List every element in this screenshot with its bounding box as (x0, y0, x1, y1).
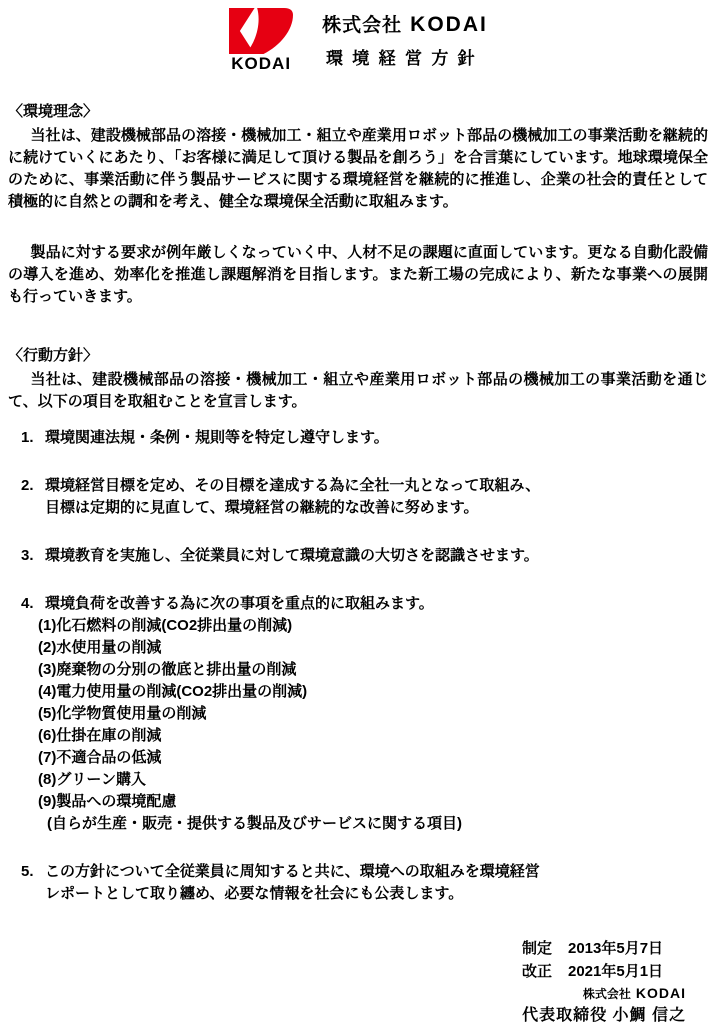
focus-subitem-list: (1)化石燃料の削減(CO2排出量の削減) (2)水使用量の削減 (3)廃棄物の… (38, 615, 708, 835)
policy-item-3: 3. 環境教育を実施し、全従業員に対して環境意識の大切さを認識させます。 (8, 545, 708, 567)
item-number: 3. (21, 545, 45, 567)
item-text-line: 目標は定期的に見直して、環境経営の継続的な改善に努めます。 (45, 497, 708, 519)
section-heading-policy: 〈行動方針〉 (8, 345, 708, 367)
document-page: KODAI 株式会社KODAI 環境経営方針 〈環境理念〉 当社は、建設機械部品… (0, 0, 716, 1027)
page-title: 環境経営方針 (322, 48, 488, 70)
item-number: 1. (21, 427, 45, 449)
policy-intro: 当社は、建設機械部品の溶接・機械加工・組立や産業用ロボット部品の機械加工の事業活… (8, 369, 708, 413)
footer-company-line: 株式会社KODAI (8, 983, 686, 1004)
focus-subitem: (8)グリーン購入 (38, 769, 708, 791)
philosophy-paragraph-2: 製品に対する要求が例年厳しくなっていく中、人材不足の課題に直面しています。更なる… (8, 242, 708, 308)
item-text: 環境教育を実施し、全従業員に対して環境意識の大切さを認識させます。 (45, 545, 708, 567)
item-number: 2. (21, 475, 45, 519)
company-name-line: 株式会社KODAI (322, 13, 488, 38)
logo-wordmark: KODAI (228, 55, 294, 73)
representative-line: 代表取締役 小鯛 信之 (8, 1004, 686, 1027)
item-text-line: レポートとして取り纏め、必要な情報を社会にも公表します。 (45, 883, 708, 905)
company-logo: KODAI (228, 8, 294, 73)
document-header: KODAI 株式会社KODAI 環境経営方針 (8, 8, 708, 73)
item-text: 環境負荷を改善する為に次の事項を重点的に取組みます。 (45, 593, 708, 615)
item-text-line: この方針について全従業員に周知すると共に、環境への取組みを環境経営 (45, 861, 708, 883)
company-prefix: 株式会社 (322, 15, 402, 36)
footer-company-name: KODAI (636, 985, 686, 1001)
revised-date-line: 改正2021年5月1日 (8, 960, 686, 983)
section-heading-philosophy: 〈環境理念〉 (8, 101, 708, 123)
enacted-label: 制定 (522, 940, 552, 957)
policy-item-2: 2. 環境経営目標を定め、その目標を達成する為に全社一丸となって取組み、 目標は… (8, 475, 708, 519)
focus-subitem: (1)化石燃料の削減(CO2排出量の削減) (38, 615, 708, 637)
title-block: 株式会社KODAI 環境経営方針 (322, 8, 488, 70)
signature-block: 制定2013年5月7日 改正2021年5月1日 株式会社KODAI 代表取締役 … (8, 937, 708, 1027)
revised-date: 2021年5月1日 (568, 960, 686, 983)
enacted-date-line: 制定2013年5月7日 (8, 937, 686, 960)
revised-label: 改正 (522, 963, 552, 980)
policy-item-1: 1. 環境関連法規・条例・規則等を特定し遵守します。 (8, 427, 708, 449)
philosophy-paragraph-1: 当社は、建設機械部品の溶接・機械加工・組立や産業用ロボット部品の機械加工の事業活… (8, 125, 708, 213)
item-number: 5. (21, 861, 45, 905)
policy-item-list: 1. 環境関連法規・条例・規則等を特定し遵守します。 2. 環境経営目標を定め、… (8, 427, 708, 905)
focus-subitem: (9)製品への環境配慮 (38, 791, 708, 813)
focus-subitem: (3)廃棄物の分別の徹底と排出量の削減 (38, 659, 708, 681)
focus-subitem: (4)電力使用量の削減(CO2排出量の削減) (38, 681, 708, 703)
footer-company-prefix: 株式会社 (583, 987, 631, 1001)
company-name: KODAI (410, 13, 488, 36)
focus-subitem: (6)仕掛在庫の削減 (38, 725, 708, 747)
item-text: 環境関連法規・条例・規則等を特定し遵守します。 (45, 427, 708, 449)
policy-item-4: 4. 環境負荷を改善する為に次の事項を重点的に取組みます。 (1)化石燃料の削減… (8, 593, 708, 835)
enacted-date: 2013年5月7日 (568, 937, 686, 960)
focus-subitem: (7)不適合品の低減 (38, 747, 708, 769)
focus-subitem-note: (自らが生産・販売・提供する製品及びサービスに関する項目) (47, 813, 708, 835)
kodai-logo-mark-icon (228, 8, 294, 54)
focus-subitem: (5)化学物質使用量の削減 (38, 703, 708, 725)
policy-item-5: 5. この方針について全従業員に周知すると共に、環境への取組みを環境経営 レポー… (8, 861, 708, 905)
focus-subitem: (2)水使用量の削減 (38, 637, 708, 659)
item-text-line: 環境経営目標を定め、その目標を達成する為に全社一丸となって取組み、 (45, 475, 708, 497)
